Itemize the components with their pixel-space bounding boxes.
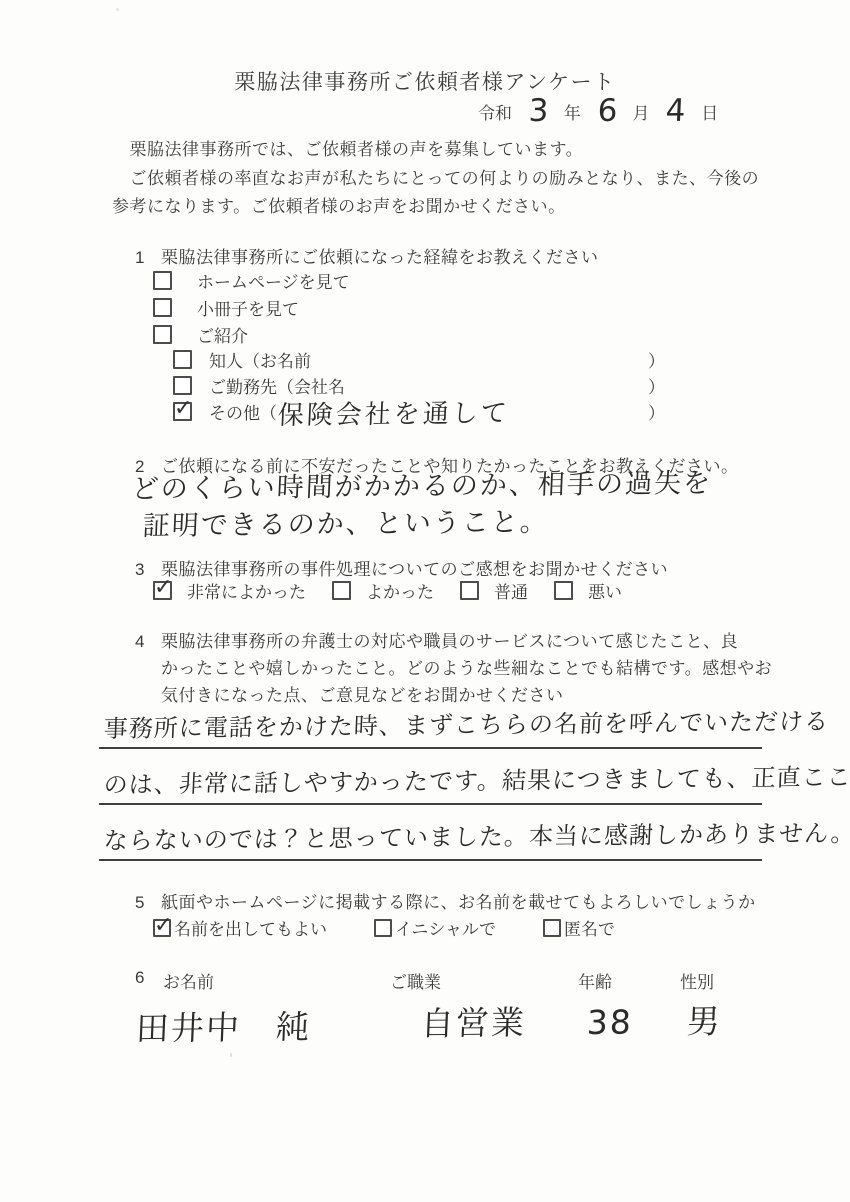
checkbox-booklet <box>153 298 172 317</box>
question-1-options: ホームページを見て 小冊子を見て ご紹介 <box>153 267 350 348</box>
option-label: 匿名で <box>564 915 615 940</box>
field-value-age-handwritten: 38 <box>586 1003 634 1042</box>
intro-line: ご依頼者様の率直なお声が私たちにとっての何よりの励みとなり、また、今後の <box>112 165 762 194</box>
question-4-answer-line-1: 事務所に電話をかけた時、まずこちらの名前を呼んでいただける <box>99 701 830 747</box>
sub-option-row-other: その他（ 保険会社を通して ） <box>173 398 665 424</box>
option-label: 名前を出してもよい <box>174 915 327 940</box>
option-row-booklet: 小冊子を見て <box>153 294 350 321</box>
scan-artifact <box>230 1053 232 1057</box>
option-label: 普通 <box>494 578 528 603</box>
scan-artifact <box>116 8 119 11</box>
checkbox-anonymous <box>543 919 561 937</box>
checkbox-referral <box>153 325 172 344</box>
checkbox-homepage <box>153 271 172 290</box>
option-label: ご紹介 <box>197 322 248 347</box>
intro-paragraph: 栗脇法律事務所では、ご依頼者様の声を募集しています。 ご依頼者様の率直なお声が私… <box>112 136 762 222</box>
date-day-handwritten: 4 <box>665 96 688 127</box>
option-row-referral: ご紹介 <box>153 321 350 348</box>
option-label: 悪い <box>588 578 622 603</box>
intro-line: 参考になります。ご依頼者様のお声をお聞かせください。 <box>112 193 762 222</box>
checkbox-other <box>173 402 192 421</box>
field-label-name: お名前 <box>163 968 214 993</box>
question-3-options: 非常によかった よかった 普通 悪い <box>153 578 648 603</box>
question-4-answer-area: 事務所に電話をかけた時、まずこちらの名前を呼んでいただける のは、非常に話しやす… <box>99 693 762 861</box>
scanned-survey-page: 栗脇法律事務所ご依頼者様アンケート 令和 3 年 6 月 4 日 栗脇法律事務所… <box>0 0 850 1202</box>
closing-paren: ） <box>648 373 665 398</box>
option-row-homepage: ホームページを見て <box>153 267 350 294</box>
question-2-answer-line-2: 証明できるのか、ということ。 <box>142 500 550 543</box>
date-line: 令和 3 年 6 月 4 日 <box>478 96 718 127</box>
question-6-number: 6 <box>135 968 144 988</box>
checkbox-employer <box>173 376 192 395</box>
question-4-line: かったことや嬉しかったこと。どのような些細なことでも結構です。感想やお <box>161 655 772 682</box>
date-year-handwritten: 3 <box>528 96 551 127</box>
option-anonymous: 匿名で <box>543 915 615 940</box>
option-label: 非常によかった <box>187 578 306 603</box>
checkbox-bad <box>554 581 573 600</box>
question-4-answer-line-2: のは、非常に話しやすかったです。結果につきましても、正直ここまで <box>99 757 850 803</box>
checkbox-very-good <box>153 581 172 600</box>
option-label: よかった <box>366 578 434 603</box>
intro-line: 栗脇法律事務所では、ご依頼者様の声を募集しています。 <box>112 136 762 165</box>
checkbox-good <box>332 581 351 600</box>
question-4-line: 栗脇法律事務所の弁護士の対応や職員のサービスについて感じたこと、良 <box>161 628 772 655</box>
field-value-occupation-handwritten: 自営業 <box>420 997 527 1045</box>
checkbox-show-name <box>153 919 171 937</box>
option-bad: 悪い <box>554 578 622 603</box>
question-2-answer-line-1: どのくらい時間がかかるのか、相手の過失を <box>131 461 713 506</box>
question-4-answer-line-3: ならないのでは？と思っていました。本当に感謝しかありません。 <box>99 813 850 859</box>
option-initials: イニシャルで <box>374 915 496 940</box>
answer-ruled-line: ならないのでは？と思っていました。本当に感謝しかありません。 <box>99 805 762 861</box>
sub-option-row-acquaintance: 知人（お名前 ） <box>173 346 665 372</box>
question-5-heading: 5 紙面やホームページに掲載する際に、お名前を載せてもよろしいでしょうか <box>135 889 756 916</box>
date-day-unit: 日 <box>701 99 718 127</box>
field-value-gender-handwritten: 男 <box>686 996 723 1043</box>
field-label-age: 年齢 <box>578 968 612 993</box>
option-average: 普通 <box>460 578 528 603</box>
option-label: イニシャルで <box>395 915 496 940</box>
option-label: ホームページを見て <box>197 268 350 293</box>
field-label-occupation: ご職業 <box>390 968 441 993</box>
other-handwritten-answer: 保険会社を通して <box>277 392 511 431</box>
sub-option-label: 知人（お名前 <box>209 347 311 372</box>
date-year-unit: 年 <box>564 99 581 127</box>
sub-option-label: その他（ <box>209 399 277 424</box>
date-era-label: 令和 <box>478 99 512 127</box>
checkbox-acquaintance <box>173 350 192 369</box>
checkbox-initials <box>374 919 392 937</box>
option-good: よかった <box>332 578 434 603</box>
answer-ruled-line: のは、非常に話しやすかったです。結果につきましても、正直ここまで <box>99 749 762 805</box>
field-label-gender: 性別 <box>680 968 714 993</box>
form-title: 栗脇法律事務所ご依頼者様アンケート <box>0 66 850 96</box>
answer-ruled-line: 事務所に電話をかけた時、まずこちらの名前を呼んでいただける <box>99 693 762 749</box>
date-month-unit: 月 <box>632 99 649 127</box>
field-value-name-handwritten: 田井中 純 <box>135 1001 312 1050</box>
closing-paren: ） <box>648 399 665 424</box>
closing-paren: ） <box>648 347 665 372</box>
date-month-handwritten: 6 <box>597 96 620 127</box>
option-show-name: 名前を出してもよい <box>153 915 327 940</box>
question-5-text: 紙面やホームページに掲載する際に、お名前を載せてもよろしいでしょうか <box>161 889 756 916</box>
option-label: 小冊子を見て <box>197 295 299 320</box>
option-very-good: 非常によかった <box>153 578 306 603</box>
question-1-sub-options: 知人（お名前 ） ご勤務先（会社名 ） その他（ 保険会社を通して ） <box>173 346 665 424</box>
checkbox-average <box>460 581 479 600</box>
question-5-options: 名前を出してもよい イニシャルで 匿名で <box>153 915 662 940</box>
